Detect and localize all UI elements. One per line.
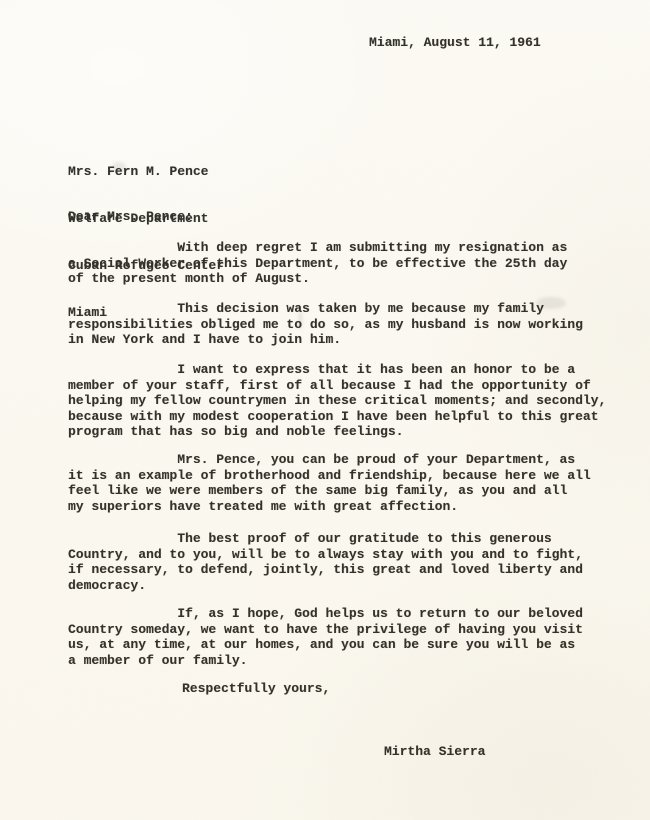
recipient-name: Mrs. Fern M. Pence [68, 164, 224, 180]
paragraph-invitation: If, as I hope, God helps us to return to… [68, 606, 583, 668]
paragraph-honor: I want to express that it has been an ho… [68, 362, 606, 440]
salutation: Dear Mrs. Pence: [68, 209, 193, 225]
scanned-letter-page: { "colors": { "paper": "#fbf9f1", "ink":… [0, 0, 650, 820]
paragraph-reason: This decision was taken by me because my… [68, 301, 583, 348]
paragraph-gratitude: The best proof of our gratitude to this … [68, 531, 583, 593]
paragraph-department-praise: Mrs. Pence, you can be proud of your Dep… [68, 452, 591, 514]
signature-name: Mirtha Sierra [384, 744, 485, 760]
paragraph-resignation: With deep regret I am submitting my resi… [68, 240, 567, 287]
closing-line: Respectfully yours, [182, 681, 330, 697]
dateline: Miami, August 11, 1961 [369, 35, 541, 51]
